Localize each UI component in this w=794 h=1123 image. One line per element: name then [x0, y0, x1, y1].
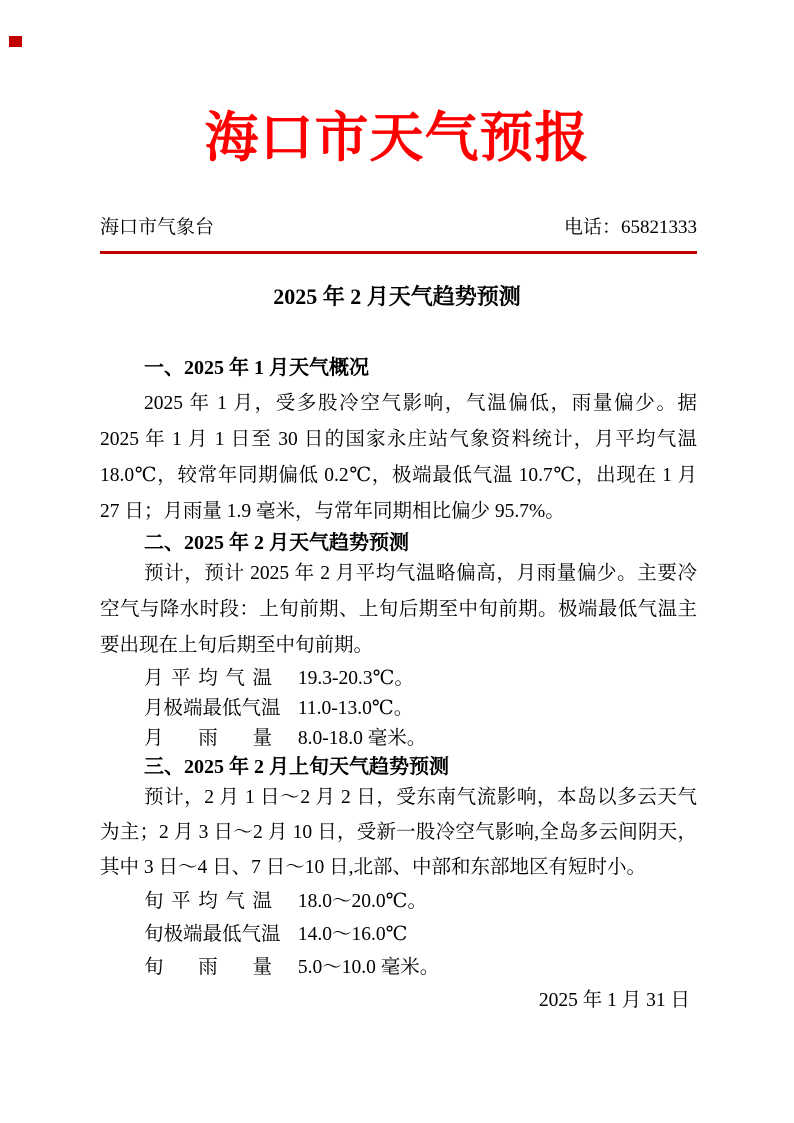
- month-avg-temp-label: 月平均气温: [144, 664, 272, 694]
- month-min-temp-line: 月极端最低气温 11.0-13.0℃。: [100, 694, 697, 724]
- document-title: 海口市天气预报: [0, 98, 794, 178]
- section-1-paragraph: 2025 年 1 月，受多股冷空气影响，气温偏低，雨量偏少。据 2025 年 1…: [100, 386, 697, 530]
- phone-number: 电话：65821333: [564, 216, 697, 240]
- month-rainfall-line: 月雨量 8.0-18.0 毫米。: [100, 724, 697, 754]
- document-subtitle: 2025 年 2 月天气趋势预测: [0, 283, 794, 311]
- dekad-rainfall-value: 5.0～10.0 毫米。: [298, 957, 439, 978]
- dekad-min-temp-line: 旬极端最低气温 14.0～16.0℃: [100, 918, 697, 951]
- month-avg-temp-line: 月平均气温 19.3-20.3℃。: [100, 664, 697, 694]
- section-3-heading: 三、2025 年 2 月上旬天气趋势预测: [100, 754, 697, 780]
- month-rainfall-value: 8.0-18.0 毫米。: [298, 728, 426, 749]
- dekad-rainfall-label: 旬雨量: [144, 951, 272, 984]
- section-2-heading: 二、2025 年 2 月天气趋势预测: [100, 530, 697, 556]
- dekad-min-temp-value: 14.0～16.0℃: [298, 924, 408, 945]
- dekad-avg-temp-value: 18.0～20.0℃。: [298, 891, 427, 912]
- month-rainfall-label: 月雨量: [144, 724, 272, 754]
- dekad-rainfall-line: 旬雨量 5.0～10.0 毫米。: [100, 951, 697, 984]
- section-1-heading: 一、2025 年 1 月天气概况: [100, 350, 697, 386]
- section-2-paragraph: 预计，预计 2025 年 2 月平均气温略偏高，月雨量偏少。主要冷空气与降水时段…: [100, 556, 697, 664]
- document-header: 海口市气象台 电话：65821333: [100, 216, 697, 240]
- agency-name: 海口市气象台: [100, 216, 214, 240]
- weather-forecast-document: 海口市天气预报 海口市气象台 电话：65821333 2025 年 2 月天气趋…: [0, 0, 794, 1123]
- dekad-avg-temp-label: 旬平均气温: [144, 885, 272, 918]
- corner-red-mark: [9, 36, 22, 47]
- dekad-avg-temp-line: 旬平均气温 18.0～20.0℃。: [100, 885, 697, 918]
- section-3-paragraph: 预计，2 月 1 日～2 月 2 日，受东南气流影响，本岛以多云天气为主；2 月…: [100, 780, 697, 885]
- month-min-temp-label: 月极端最低气温: [144, 694, 272, 724]
- document-body: 一、2025 年 1 月天气概况 2025 年 1 月，受多股冷空气影响，气温偏…: [100, 350, 697, 1017]
- month-min-temp-value: 11.0-13.0℃。: [298, 698, 413, 719]
- dekad-min-temp-label: 旬极端最低气温: [144, 918, 272, 951]
- month-avg-temp-value: 19.3-20.3℃。: [298, 668, 414, 689]
- header-divider-rule: [100, 251, 697, 254]
- issue-date: 2025 年 1 月 31 日: [100, 984, 697, 1017]
